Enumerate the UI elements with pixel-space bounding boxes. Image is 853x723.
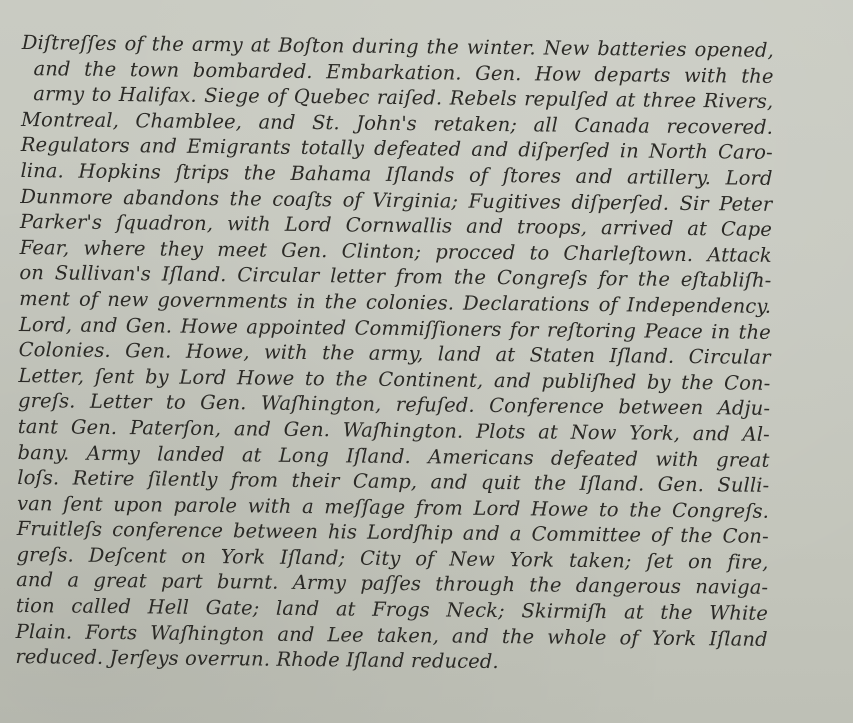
- scanned-page: Diſtreſſes of the army at Boſton during …: [0, 0, 853, 723]
- chronology-paragraph: Diſtreſſes of the army at Boſton during …: [15, 30, 792, 678]
